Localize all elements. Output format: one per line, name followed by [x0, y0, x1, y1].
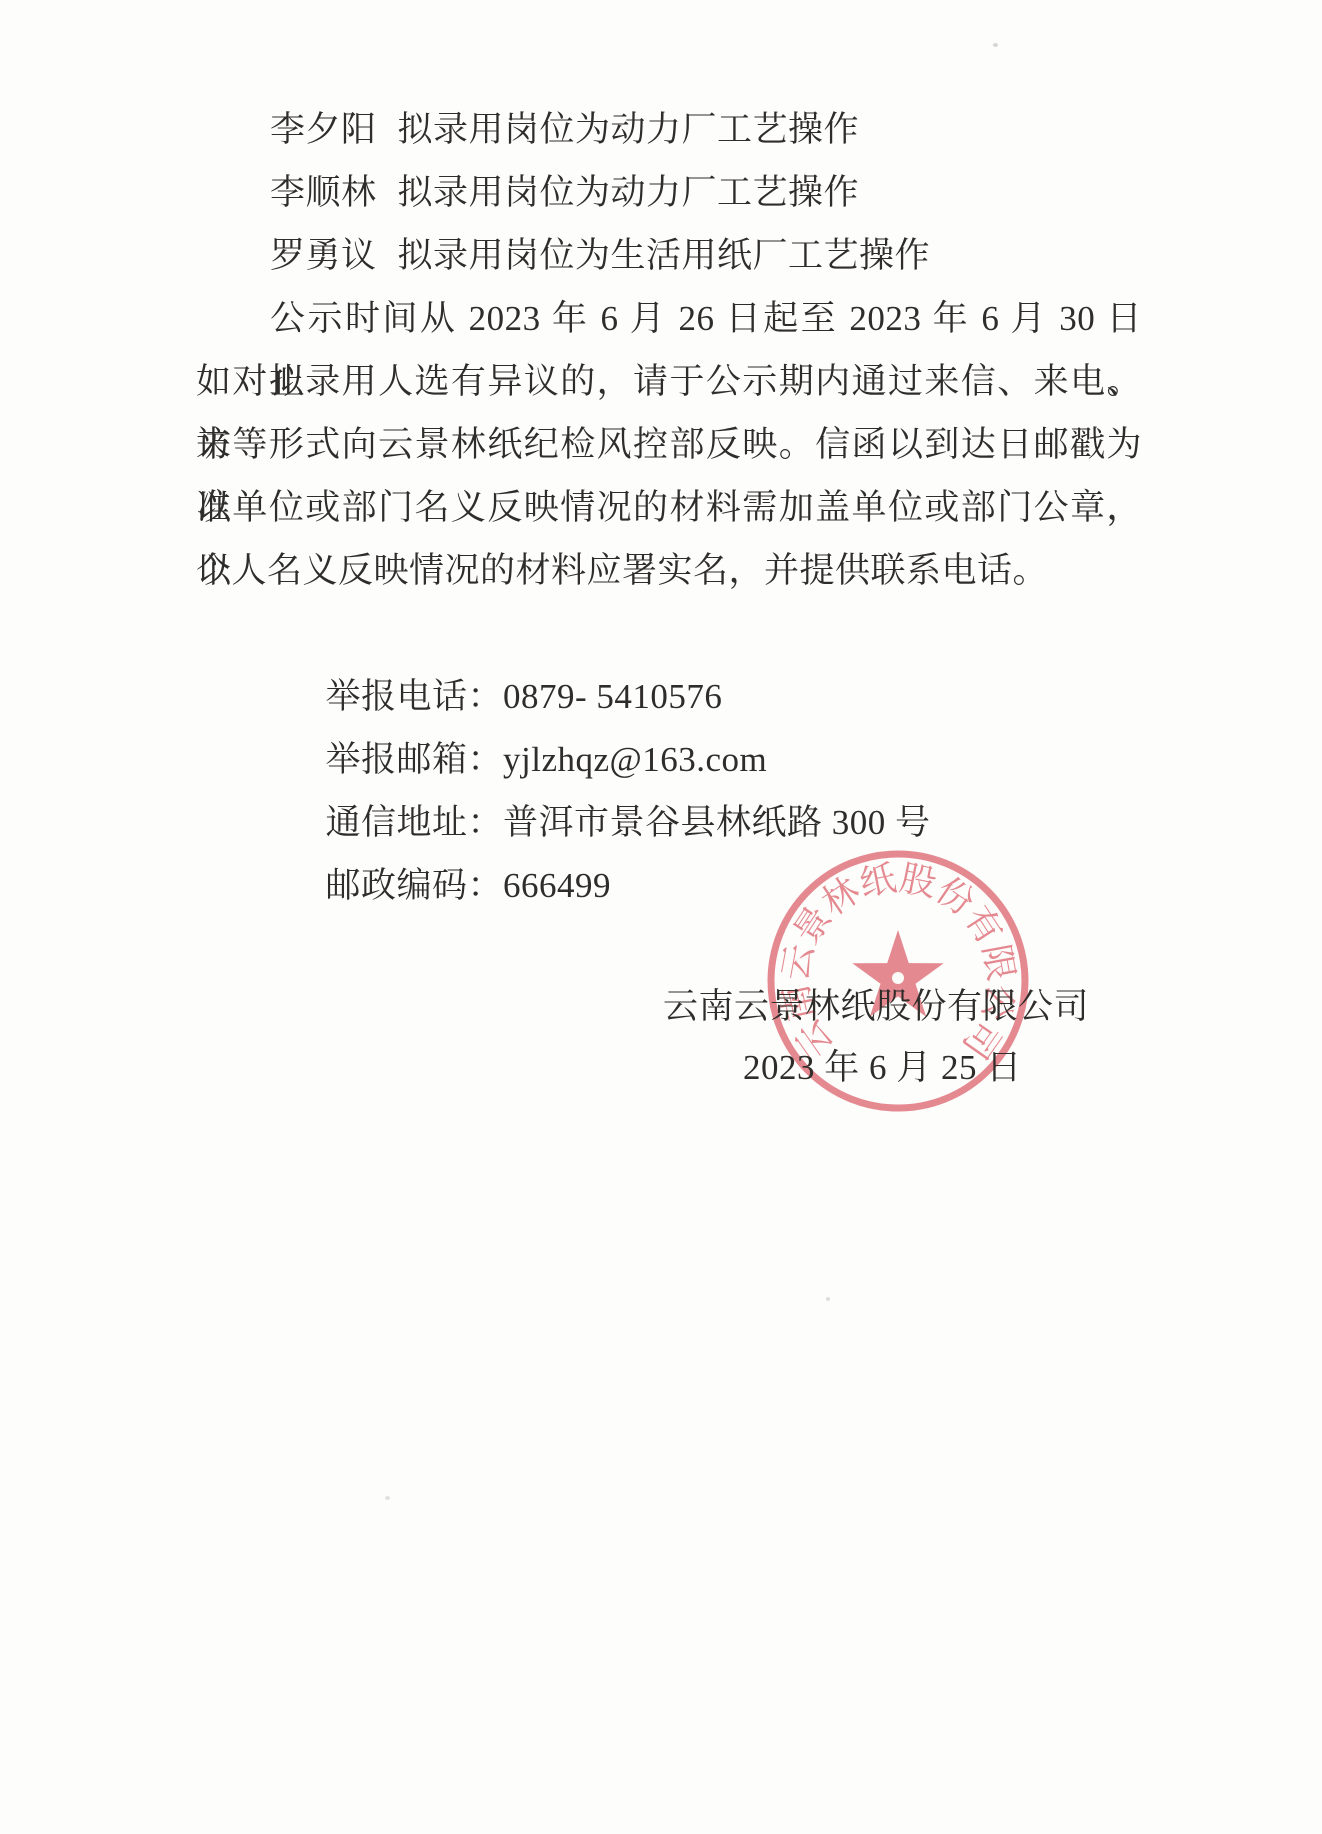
candidate-line: 李夕阳拟录用岗位为动力厂工艺操作	[196, 98, 1142, 161]
svg-text:纸: 纸	[856, 858, 899, 904]
svg-text:限: 限	[975, 941, 1021, 984]
candidate-line: 罗勇议拟录用岗位为生活用纸厂工艺操作	[196, 224, 1142, 287]
report-phone-value: 0879- 5410576	[503, 677, 722, 716]
scan-speck	[826, 1297, 830, 1301]
postal-code-value: 666499	[503, 866, 611, 905]
paragraph-line: 访等形式向云景林纸纪检风控部反映。信函以到达日邮戳为准，	[196, 413, 1142, 476]
scan-speck	[993, 43, 998, 47]
signature-date: 2023 年 6 月 25 日	[743, 1050, 1022, 1085]
candidate-position: 拟录用岗位为动力厂工艺操作	[398, 110, 860, 149]
candidate-name: 李顺林	[270, 173, 377, 212]
seal-star-hole	[892, 972, 904, 984]
scan-speck	[385, 1496, 390, 1500]
mail-address-label: 通信地址：	[326, 803, 504, 842]
candidate-name: 李夕阳	[270, 110, 377, 149]
paragraph-line: 如对拟录用人选有异议的，请于公示期内通过来信、来电、来	[196, 350, 1142, 413]
document-body: 李夕阳拟录用岗位为动力厂工艺操作 李顺林拟录用岗位为动力厂工艺操作 罗勇议拟录用…	[196, 98, 1142, 854]
candidate-position: 拟录用岗位为动力厂工艺操作	[398, 173, 860, 212]
report-email-label: 举报邮箱：	[326, 740, 504, 779]
candidate-line: 李顺林拟录用岗位为动力厂工艺操作	[196, 161, 1142, 224]
candidate-position: 拟录用岗位为生活用纸厂工艺操作	[398, 236, 931, 275]
scanned-document-page: 云南云景林纸股份有限公司 李夕阳拟录用岗位为动力厂工艺操作 李顺林拟录用岗位为动…	[0, 0, 1322, 1834]
candidate-name: 罗勇议	[270, 236, 377, 275]
paragraph-line: 公示时间从 2023 年 6 月 26 日起至 2023 年 6 月 30 日止…	[196, 287, 1142, 350]
report-email-value: yjlzhqz@163.com	[503, 740, 767, 779]
postal-code-label: 邮政编码：	[326, 866, 504, 905]
mail-address-value: 普洱市景谷县林纸路 300 号	[503, 803, 931, 842]
signature-company: 云南云景林纸股份有限公司	[663, 989, 1089, 1024]
report-phone-line: 举报电话：0879- 5410576	[196, 602, 1142, 665]
paragraph-line: 个人名义反映情况的材料应署实名，并提供联系电话。	[196, 539, 1142, 602]
report-phone-label: 举报电话：	[326, 677, 504, 716]
paragraph-line: 以单位或部门名义反映情况的材料需加盖单位或部门公章，以	[196, 476, 1142, 539]
